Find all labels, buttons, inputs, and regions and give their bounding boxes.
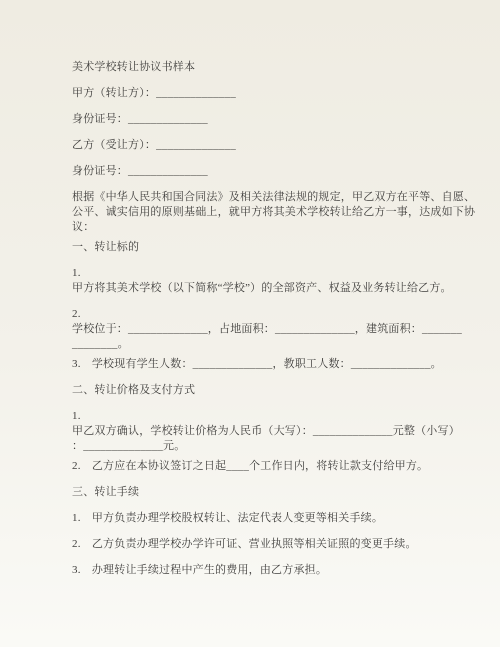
text-line: ：______________元。 bbox=[72, 439, 490, 454]
document-body: 美术学校转让协议书样本甲方（转让方）：______________身份证号：__… bbox=[72, 60, 490, 578]
text-line: 3. 学校现有学生人数：______________，教职工人数：_______… bbox=[72, 357, 490, 372]
text-line: 甲乙双方确认，学校转让价格为人民币（大写）：______________元整（小… bbox=[72, 424, 490, 439]
party-a-id-line: 身份证号：______________ bbox=[72, 112, 490, 127]
section-1-item-2: 2.学校位于：______________，占地面积：_____________… bbox=[72, 307, 490, 352]
text-line: 议： bbox=[72, 220, 490, 235]
text-line: 2. 乙方应在本协议签订之日起____个工作日内，将转让款支付给甲方。 bbox=[72, 459, 490, 474]
text-line: 美术学校转让协议书样本 bbox=[72, 60, 490, 75]
text-line: 三、转让手续 bbox=[72, 485, 490, 500]
text-line: 2. 乙方负责办理学校办学许可证、营业执照等相关证照的变更手续。 bbox=[72, 537, 490, 552]
text-line: 1. bbox=[72, 409, 490, 424]
section-1-item-1: 1.甲方将其美术学校（以下简称“学校”）的全部资产、权益及业务转让给乙方。 bbox=[72, 266, 490, 296]
text-line: 甲方将其美术学校（以下简称“学校”）的全部资产、权益及业务转让给乙方。 bbox=[72, 281, 490, 296]
text-line: 学校位于：______________，占地面积：______________，… bbox=[72, 322, 490, 337]
text-line: ________。 bbox=[72, 337, 490, 352]
text-line: 甲方（转让方）：______________ bbox=[72, 86, 490, 101]
text-line: 乙方（受让方）：______________ bbox=[72, 138, 490, 153]
section-1-item-3: 3. 学校现有学生人数：______________，教职工人数：_______… bbox=[72, 357, 490, 372]
text-line: 身份证号：______________ bbox=[72, 164, 490, 179]
section-3-item-3: 3. 办理转让手续过程中产生的费用，由乙方承担。 bbox=[72, 563, 490, 578]
text-line: 2. bbox=[72, 307, 490, 322]
section-2-item-1: 1.甲乙双方确认，学校转让价格为人民币（大写）：______________元整… bbox=[72, 409, 490, 454]
text-line: 3. 办理转让手续过程中产生的费用，由乙方承担。 bbox=[72, 563, 490, 578]
section-2-item-2: 2. 乙方应在本协议签订之日起____个工作日内，将转让款支付给甲方。 bbox=[72, 459, 490, 474]
party-b-line: 乙方（受让方）：______________ bbox=[72, 138, 490, 153]
section-3-item-2: 2. 乙方负责办理学校办学许可证、营业执照等相关证照的变更手续。 bbox=[72, 537, 490, 552]
party-a-line: 甲方（转让方）：______________ bbox=[72, 86, 490, 101]
text-line: 身份证号：______________ bbox=[72, 112, 490, 127]
text-line: 根据《中华人民共和国合同法》及相关法律法规的规定，甲乙双方在平等、自愿、 bbox=[72, 190, 490, 205]
text-line: 1. 甲方负责办理学校股权转让、法定代表人变更等相关手续。 bbox=[72, 511, 490, 526]
party-b-id-line: 身份证号：______________ bbox=[72, 164, 490, 179]
preamble: 根据《中华人民共和国合同法》及相关法律法规的规定，甲乙双方在平等、自愿、公平、诚… bbox=[72, 190, 490, 235]
section-3-item-1: 1. 甲方负责办理学校股权转让、法定代表人变更等相关手续。 bbox=[72, 511, 490, 526]
text-line: 二、转让价格及支付方式 bbox=[72, 383, 490, 398]
text-line: 一、转让标的 bbox=[72, 240, 490, 255]
text-line: 1. bbox=[72, 266, 490, 281]
text-line: 公平、诚实信用的原则基础上，就甲方将其美术学校转让给乙方一事，达成如下协 bbox=[72, 205, 490, 220]
section-1-heading: 一、转让标的 bbox=[72, 240, 490, 255]
section-2-heading: 二、转让价格及支付方式 bbox=[72, 383, 490, 398]
section-3-heading: 三、转让手续 bbox=[72, 485, 490, 500]
document-page: 美术学校转让协议书样本甲方（转让方）：______________身份证号：__… bbox=[0, 0, 500, 647]
doc-title: 美术学校转让协议书样本 bbox=[72, 60, 490, 75]
